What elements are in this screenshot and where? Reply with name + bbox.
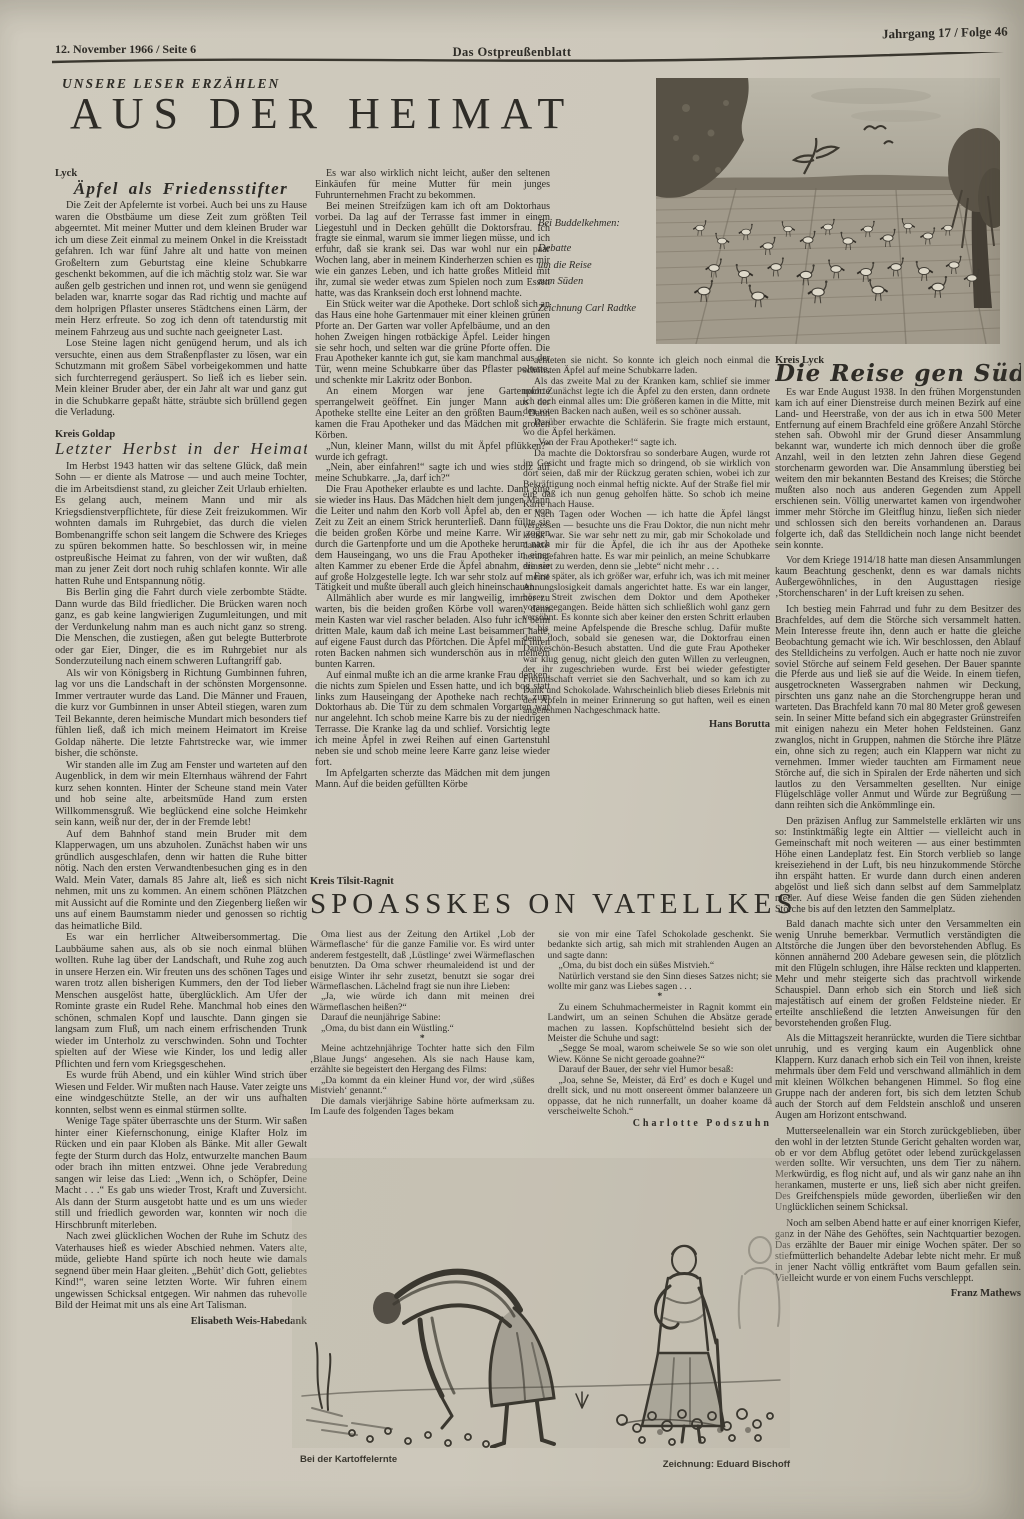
paragraph: Vor dem Kriege 1914/18 hatte man diesen …: [775, 556, 1021, 600]
paragraph: Auf dem Bahnhof stand mein Bruder mit de…: [55, 829, 307, 933]
paragraph: Es war Ende August 1938. In den frühen M…: [775, 388, 1021, 552]
header-issue: Jahrgang 17 / Folge 46: [882, 24, 1008, 43]
apples-col3-text: achteten sie nicht. So konnte ich gleich…: [523, 356, 770, 716]
storks-title: Die Reise gen Süden: [775, 369, 1021, 380]
storks-text: Es war Ende August 1938. In den frühen M…: [775, 388, 1021, 1285]
potato-credit: Zeichnung: Eduard Bischoff: [646, 1459, 790, 1470]
paragraph: Nach zwei glücklichen Wochen der Ruhe im…: [55, 1231, 307, 1312]
paragraph: Es wurde früh Abend, und ein kühler Wind…: [55, 1070, 307, 1116]
spoasskes-title: SPOASSKES ON VATELLKES: [310, 888, 772, 921]
paragraph: Meine achtzehnjährige Tochter hatte sich…: [310, 1044, 535, 1075]
autumn-article: Kreis Goldap Letzter Herbst in der Heima…: [55, 429, 307, 1328]
paragraph: Auf einmal mußte ich an die arme kranke …: [315, 671, 550, 769]
paragraph: Natürlich verstand sie den Sinn dieses S…: [548, 972, 773, 993]
paragraph: An einem Morgen war jene Gartenpforte sp…: [315, 387, 550, 442]
paragraph: Als das zweite Mal zu der Kranken kam, s…: [523, 377, 770, 418]
paragraph: „Ja, wie würde ich dann mit meinen drei …: [310, 992, 535, 1013]
paragraph: „Nein, aber einfahren!“ sagte ich und wi…: [315, 463, 550, 485]
paragraph: Bis Berlin ging die Fahrt durch viele ze…: [55, 587, 307, 668]
paragraph: Bei meinen Streifzügen kam ich oft am Do…: [315, 202, 550, 300]
paragraph: Noch am selben Abend hatte er auf einer …: [775, 1219, 1021, 1284]
paragraph: Als wir von Königsberg in Richtung Gumbi…: [55, 668, 307, 760]
spoasskes-col2-text: sie von mir eine Tafel Schokolade gesche…: [548, 930, 773, 1117]
storks-illustration: [656, 78, 1000, 344]
paragraph: Bei Buddelkehmen:: [538, 216, 656, 232]
paragraph: Wir standen alle im Zug am Fenster und w…: [55, 760, 307, 829]
column-1: Lyck Äpfel als Friedensstifter Die Zeit …: [55, 168, 307, 1480]
potato-harvest-drawing: [292, 1158, 790, 1448]
paragraph: „Da kommt da ein kleiner Hund vor, der w…: [310, 1076, 535, 1097]
spoasskes-kicker: Kreis Tilsit-Ragnit: [310, 876, 772, 887]
paragraph: zum Süden: [538, 274, 656, 290]
newspaper-page: 12. November 1966 / Seite 6 Das Ostpreuß…: [0, 0, 1024, 1519]
apples-col2-text: Es war also wirklich nicht leicht, außer…: [315, 169, 550, 791]
paragraph: um die Reise: [538, 258, 656, 274]
paragraph: sie von mir eine Tafel Schokolade gesche…: [548, 930, 773, 961]
paragraph: Es war ein herrlicher Altweibersommertag…: [55, 932, 307, 1070]
paragraph: Da machte die Doktorsfrau so sonderbare …: [523, 449, 770, 511]
spoasskes-col2: sie von mir eine Tafel Schokolade gesche…: [548, 930, 773, 1148]
apples-byline: Hans Borutta: [523, 720, 770, 730]
apples-kicker: Lyck: [55, 168, 307, 180]
paragraph: Nach Tagen oder Wochen — ich hatte die Ä…: [523, 510, 770, 572]
column-2: Es war also wirklich nicht leicht, außer…: [315, 169, 550, 869]
column-3: achteten sie nicht. So konnte ich gleich…: [523, 356, 770, 868]
paragraph: Zeichnung Carl Radtke: [538, 301, 656, 317]
paragraph: Die Frau Apotheker erlaubte es und lacht…: [315, 485, 550, 594]
column-4: Kreis Lyck Die Reise gen Süden Es war En…: [775, 356, 1021, 1480]
storks-byline: Franz Mathews: [775, 1289, 1021, 1300]
paragraph: Darüber erwachte die Schläferin. Sie fra…: [523, 418, 770, 439]
paragraph: Oma liest aus der Zeitung den Artikel ‚L…: [310, 930, 535, 992]
paragraph: Als die Mittagszeit heranrückte, wurden …: [775, 1034, 1021, 1121]
apples-col1-text: Die Zeit der Apfelernte ist vorbei. Auch…: [55, 200, 307, 419]
paragraph: Allmählich aber wurde es mir langweilig,…: [315, 594, 550, 670]
paragraph: Ich bestieg mein Fahrrad und fuhr zu dem…: [775, 605, 1021, 812]
potato-harvest-illustration: [292, 1158, 790, 1448]
autumn-byline: Elisabeth Weis-Habedank: [55, 1316, 307, 1328]
paragraph: Im Apfelgarten scherzte das Mädchen mit …: [315, 769, 550, 791]
paragraph: Bald danach machte sich unter den Versam…: [775, 920, 1021, 1029]
storks-drawing: [656, 78, 1000, 344]
paragraph: Im Herbst 1943 hatten wir das seltene Gl…: [55, 461, 307, 588]
paragraph: Lose Steine lagen nicht genügend herum, …: [55, 338, 307, 419]
apples-title: Äpfel als Friedensstifter: [55, 183, 307, 195]
paragraph: achteten sie nicht. So konnte ich gleich…: [523, 356, 770, 377]
paragraph: Ein Stück weiter war die Apotheke. Dort …: [315, 300, 550, 387]
autumn-text: Im Herbst 1943 hatten wir das seltene Gl…: [55, 461, 307, 1312]
spoasskes-article: Kreis Tilsit-Ragnit SPOASSKES ON VATELLK…: [310, 876, 772, 1148]
spoasskes-byline: Charlotte Podszuhn: [548, 1119, 773, 1129]
paragraph: Mutterseelenallein war ein Storch zurück…: [775, 1127, 1021, 1214]
autumn-title: Letzter Herbst in der Heimat: [55, 443, 307, 455]
paragraph: Erst später, als ich größer war, erfuhr …: [523, 572, 770, 716]
potato-caption: Bei der Kartoffelernte: [300, 1454, 397, 1465]
paragraph: „Segge Se moal, warom scheiwele Se so wi…: [548, 1044, 773, 1065]
paragraph: Den präzisen Anflug zur Sammelstelle erk…: [775, 817, 1021, 915]
paragraph: Zu einem Schuhmachermeister in Ragnit ko…: [548, 1003, 773, 1045]
header-rule: [40, 52, 1024, 66]
paragraph: Wenige Tage später überraschte uns der S…: [55, 1116, 307, 1231]
spoasskes-col1-text: Oma liest aus der Zeitung den Artikel ‚L…: [310, 930, 535, 1148]
paragraph: Es war also wirklich nicht leicht, außer…: [315, 169, 550, 202]
paragraph: Debatte: [538, 241, 656, 257]
paragraph: „Nun, kleiner Mann, willst du mit Äpfel …: [315, 442, 550, 464]
storks-caption: Bei Buddelkehmen:Debatteum die Reisezum …: [538, 216, 656, 317]
paragraph: Die damals vierjährige Sabine hörte aufm…: [310, 1097, 535, 1118]
paragraph: „Joa, sehne Se, Meister, dä Erd’ es doch…: [548, 1076, 773, 1118]
paragraph: Die Zeit der Apfelernte ist vorbei. Auch…: [55, 200, 307, 338]
page-title: AUS DER HEIMAT: [70, 88, 550, 139]
